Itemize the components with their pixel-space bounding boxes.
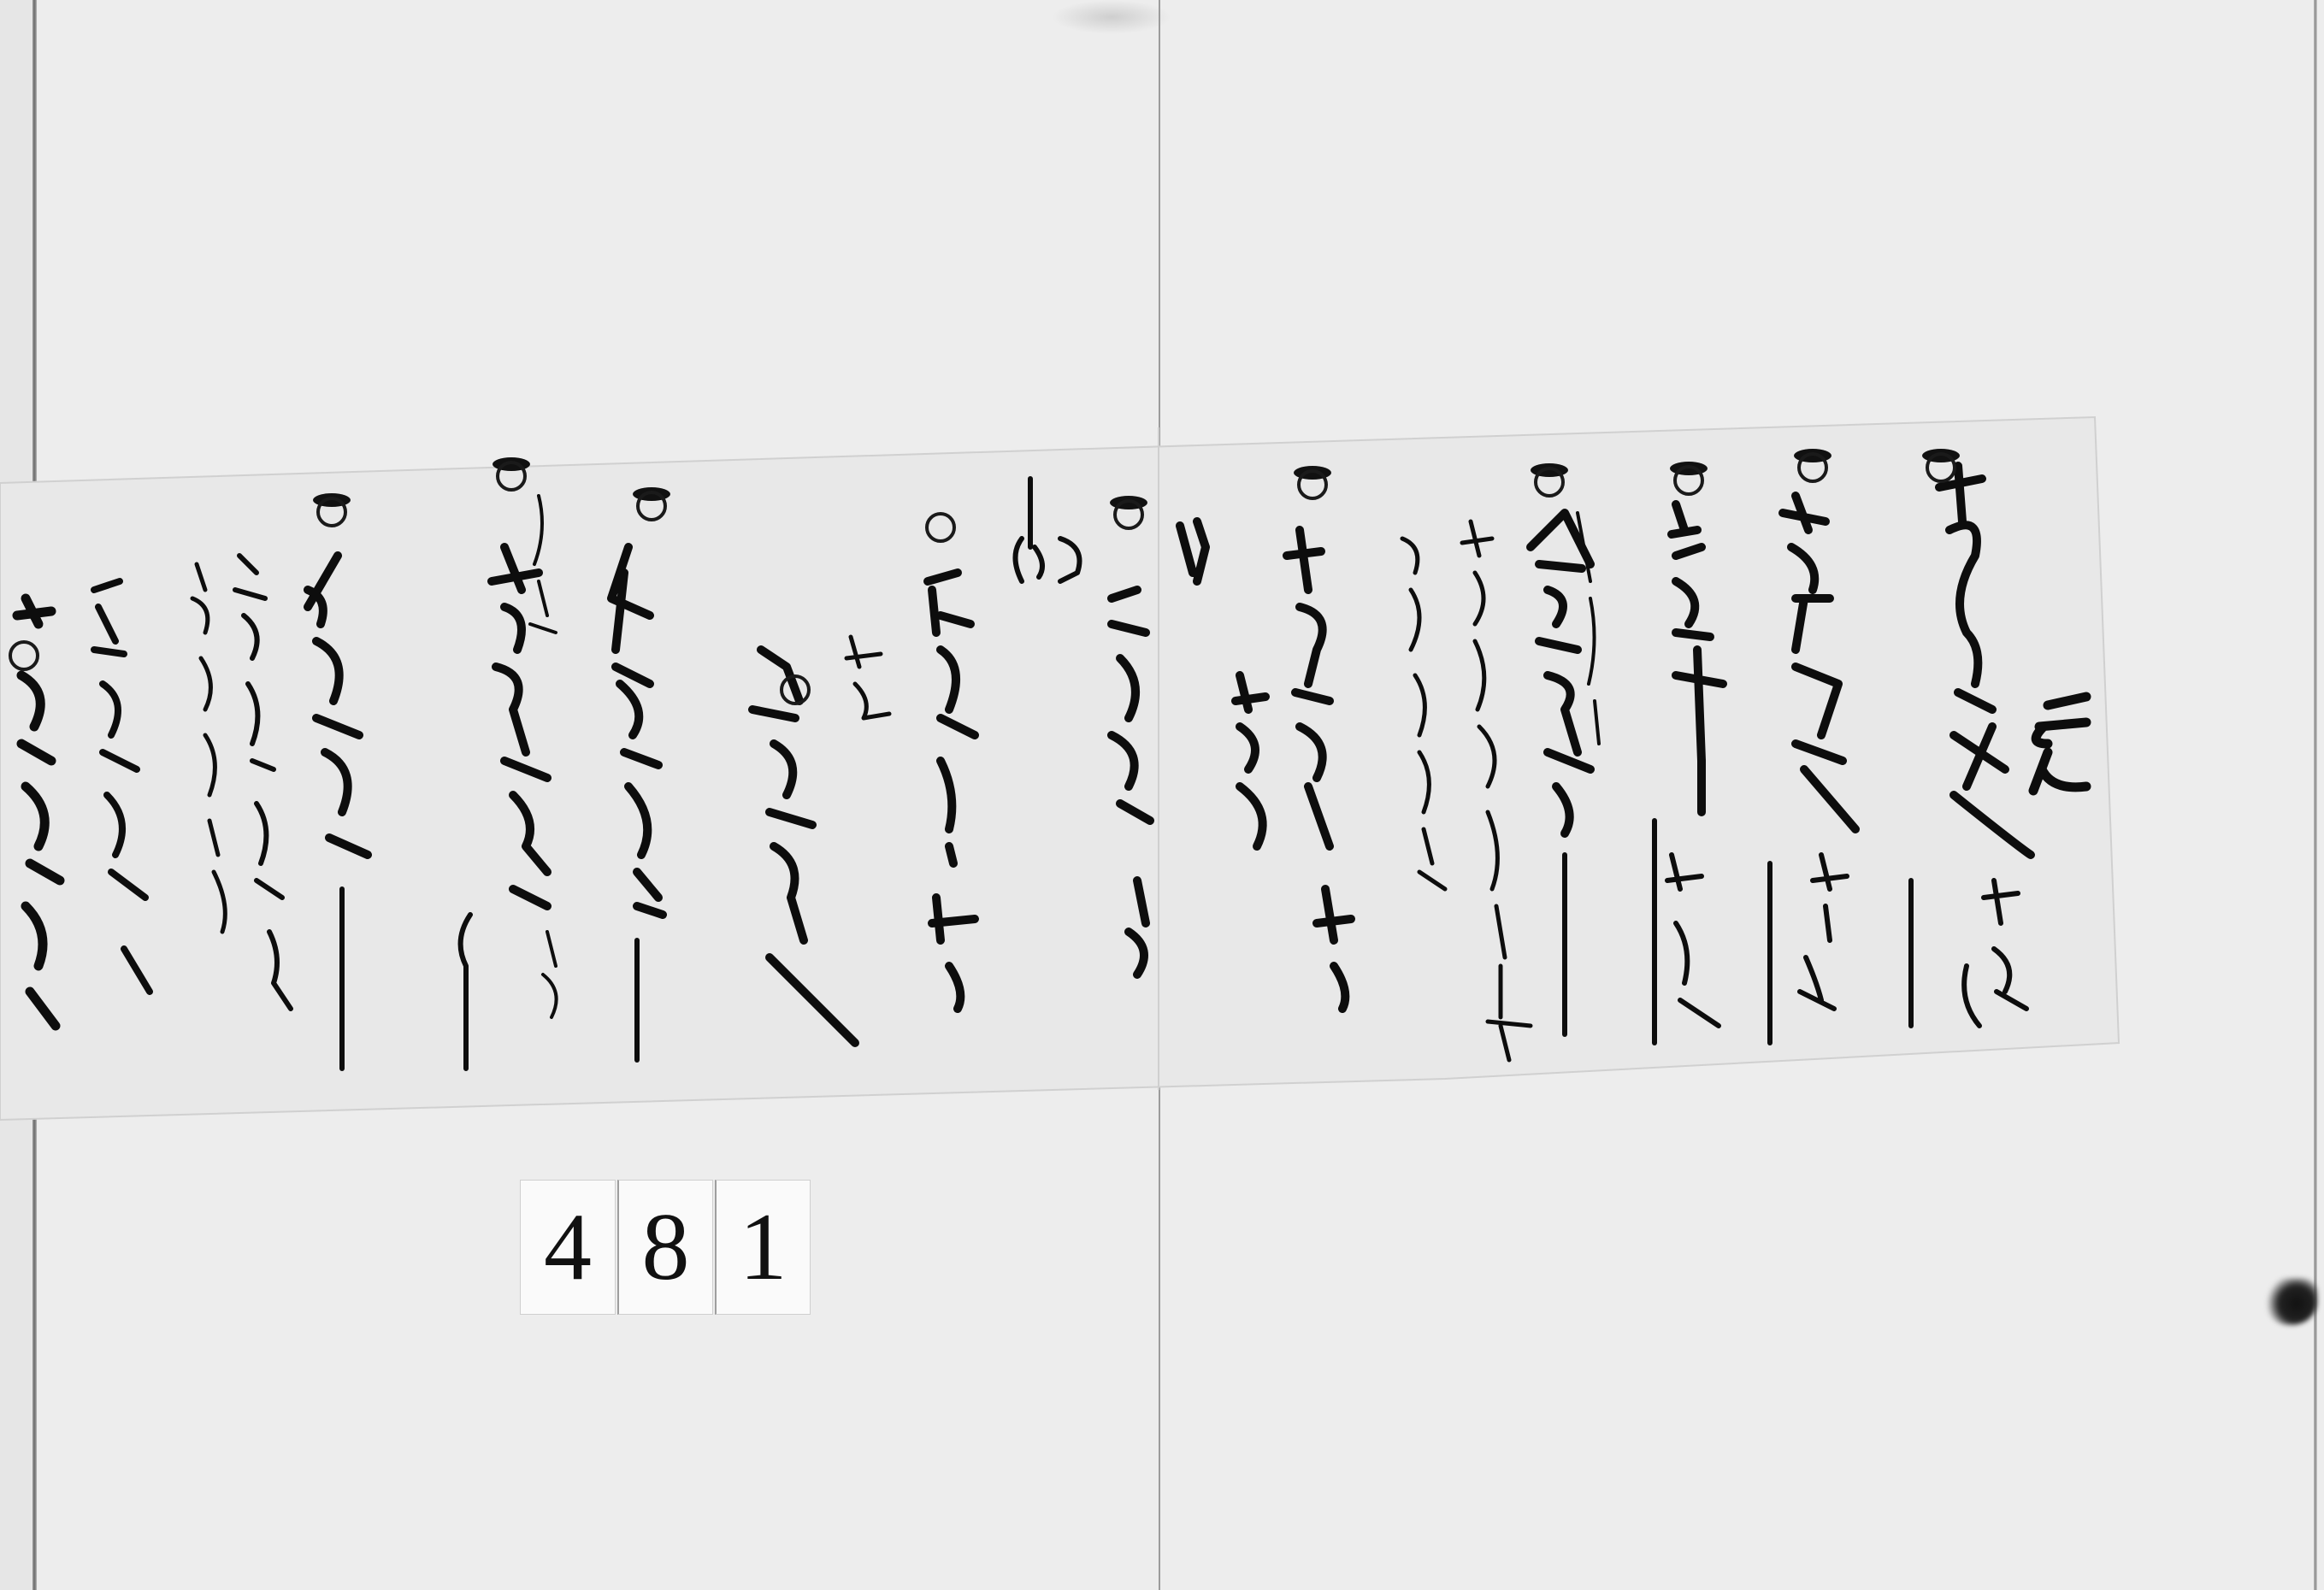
- seal-icon: [633, 487, 670, 520]
- seal-icon: [1794, 449, 1831, 481]
- page-number-digit-2: 8: [617, 1180, 713, 1315]
- seal-icon: [1670, 462, 1708, 494]
- seal-mark-icons: [10, 449, 1960, 704]
- column-1-ink: [2033, 697, 2086, 791]
- column-6-ink-small: [1462, 521, 1531, 1060]
- seal-icon: [927, 514, 954, 541]
- mount-board-left: [0, 0, 36, 1590]
- column-11-ink: [1016, 479, 1080, 581]
- column-8-ink: [1287, 530, 1351, 1009]
- seal-icon: [493, 457, 530, 490]
- right-edge-rule: [2314, 0, 2317, 1590]
- seal-icon: [1922, 449, 1960, 481]
- column-3-ink: [1770, 496, 1855, 1043]
- column-4-ink: [1655, 504, 1723, 1043]
- column-12-ink: [928, 573, 975, 1009]
- column-4-annotation: [1667, 855, 1719, 1026]
- column-2-ink: [1911, 466, 2031, 1026]
- ink-blot-right: [2266, 1278, 2317, 1325]
- column-15-annotation: [530, 496, 557, 1017]
- top-smudge: [1052, 0, 1171, 34]
- seal-icon: [1110, 496, 1147, 528]
- seal-icon: [313, 493, 351, 526]
- column-14-ink: [611, 547, 663, 1060]
- seal-icon: [782, 676, 809, 704]
- column-3-annotation: [1800, 855, 1847, 1009]
- center-fold-line: [1159, 0, 1160, 1590]
- column-7-ink-small: [1402, 539, 1445, 889]
- scanned-document-page: 4 8 1: [0, 0, 2324, 1590]
- column-5-ink: [1531, 513, 1590, 1034]
- left-edge-rule: [32, 0, 37, 1590]
- column-2-annotation: [1964, 880, 2026, 1026]
- column-13-annotation: [846, 637, 889, 718]
- page-number-label: 4 8 1: [520, 1180, 811, 1315]
- column-5-annotation-small: [1578, 513, 1599, 744]
- column-15-ink: [461, 547, 547, 1069]
- seal-icon: [1294, 466, 1331, 498]
- column-13-ink: [752, 650, 855, 1043]
- column-19-ink: [94, 581, 150, 992]
- page-number-digit-1: 4: [520, 1180, 616, 1315]
- manuscript-sheet: [0, 0, 2324, 1590]
- column-18-ink: [192, 564, 225, 932]
- seal-icon: [1531, 463, 1568, 496]
- column-9-ink: [1236, 675, 1265, 846]
- column-17-ink: [235, 556, 291, 1009]
- column-16-ink: [308, 556, 368, 1069]
- page-number-digit-3: 1: [715, 1180, 811, 1315]
